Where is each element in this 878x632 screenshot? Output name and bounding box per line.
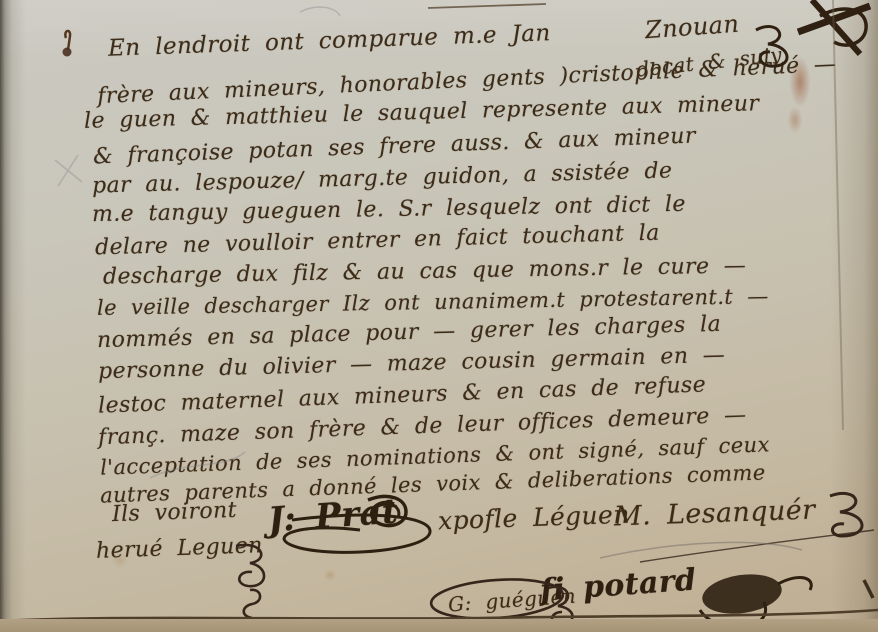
signature-prat: J: Prat (267, 492, 400, 541)
top-rule-line (428, 4, 546, 8)
manuscript-photo: En lendroit ont comparue m.e Jan Znouan … (0, 0, 878, 632)
signature-potard: fi potard (539, 563, 697, 609)
manuscript-margin-note: Znouan (644, 10, 740, 45)
manuscript-line: En lendroit ont comparue m.e Jan (108, 20, 551, 61)
manuscript-line: delare ne voulloir entrer en faict touch… (95, 221, 660, 261)
ink-blot (63, 31, 72, 57)
manuscript-line: descharge dux filz & au cas que mons.r l… (103, 253, 747, 289)
underlying-page-band (0, 619, 878, 632)
pencil-arc (600, 542, 802, 558)
edge-tear-mark (864, 580, 873, 598)
manuscript-closing-words: Ils voiront (112, 498, 238, 527)
signature-christophle-leguen: xpofle Léguen (438, 500, 631, 536)
signature-herve-leguen: herué Leguen (96, 533, 264, 564)
signature-lesanquer: M. Lesanquér (614, 494, 816, 532)
